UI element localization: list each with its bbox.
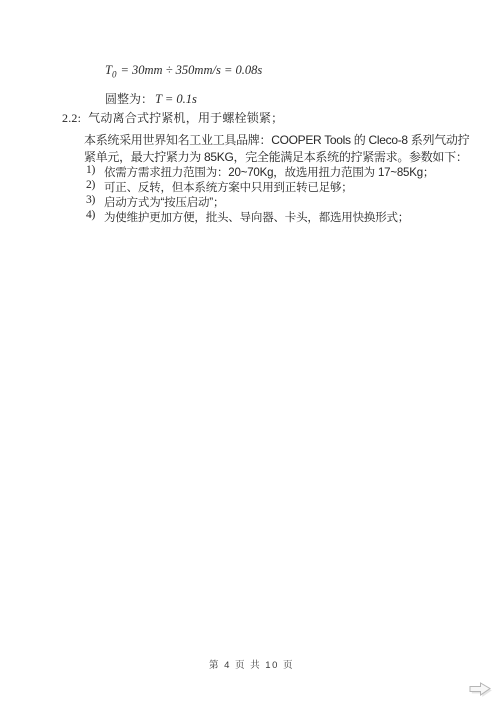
list-item-text: 可正、反转，但本系统方案中只用到正转已足够； [104,179,353,194]
section-number: 2.2: [62,111,81,125]
section-heading: 2.2:气动离合式拧紧机，用于螺栓锁紧； [62,109,283,126]
list-item: 2) 可正、反转，但本系统方案中只用到正转已足够； [86,179,434,194]
document-page: T0= 30mm ÷ 350mm/s = 0.08s 圆整为：T = 0.1s … [0,0,503,710]
formula-variable: T [105,63,112,77]
list-item-number: 2) [86,179,104,194]
list-item: 3) 启动方式为“按压启动”； [86,194,434,209]
paragraph-line-1: 本系统采用世界知名工业工具品牌：COOPER Tools 的 Cleco-8 系… [84,131,469,148]
list-item-text: 为使维护更加方便，批头、导向器、卡头，都选用快换形式； [104,209,409,224]
paragraph-line-2: 紧单元，最大拧紧力为 85KG，完全能满足本系统的拧紧需求。参数如下： [84,148,468,165]
section-title: 气动离合式拧紧机，用于螺栓锁紧； [88,111,283,125]
list-item-text: 依需方需求扭力范围为：20~70Kg，故选用扭力范围为 17~85Kg； [104,164,434,179]
list-item: 1) 依需方需求扭力范围为：20~70Kg，故选用扭力范围为 17~85Kg； [86,164,434,179]
parameter-list: 1) 依需方需求扭力范围为：20~70Kg，故选用扭力范围为 17~85Kg； … [86,164,434,224]
list-item: 4) 为使维护更加方便，批头、导向器、卡头，都选用快换形式； [86,209,434,224]
formula-cycle-time: T0= 30mm ÷ 350mm/s = 0.08s [105,63,262,80]
list-item-text: 启动方式为“按压启动”； [104,194,224,209]
formula-expression: = 30mm ÷ 350mm/s = 0.08s [120,63,262,77]
list-item-number: 1) [86,164,104,179]
list-item-number: 3) [86,194,104,209]
rounding-value: T = 0.1s [155,92,197,106]
rounding-label: 圆整为： [105,92,153,106]
list-item-number: 4) [86,209,104,224]
page-number-footer: 第 4 页 共 10 页 [0,657,503,671]
rounding-line: 圆整为：T = 0.1s [105,90,197,107]
formula-subscript: 0 [112,70,117,80]
next-page-arrow-icon[interactable] [468,681,494,699]
